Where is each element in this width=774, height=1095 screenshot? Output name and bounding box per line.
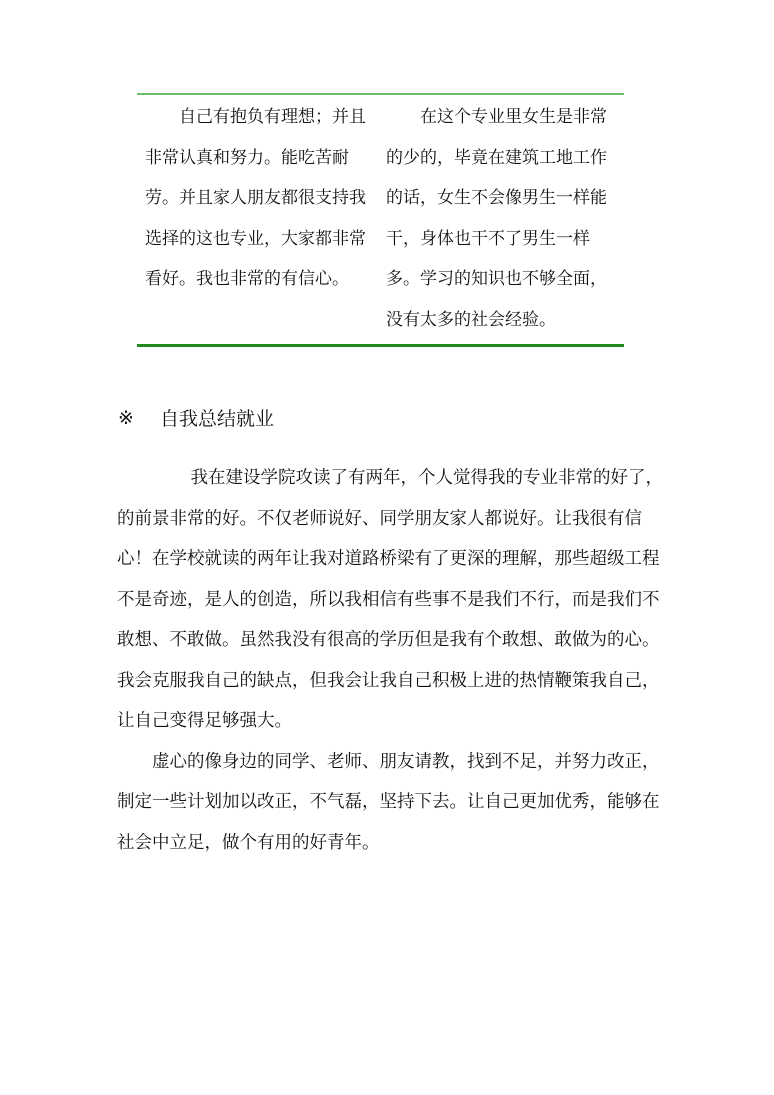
section-heading: ※ 自我总结就业 (118, 404, 274, 431)
strengths-text: 自己有抱负有理想；并且非常认真和努力。能吃苦耐劳。并且家人朋友都很支持我选择的这… (145, 97, 374, 300)
section-title: 自我总结就业 (160, 404, 274, 431)
section-body: 我在建设学院攻读了有两年，个人觉得我的专业非常的好了，的前景非常的好。不仅老师说… (117, 458, 672, 863)
comparison-table: 自己有抱负有理想；并且非常认真和努力。能吃苦耐劳。并且家人朋友都很支持我选择的这… (137, 93, 624, 347)
weaknesses-text: 在这个专业里女生是非常的少的，毕竟在建筑工地工作的话，女生不会像男生一样能干，身… (386, 97, 619, 340)
table-bottom-rule (137, 344, 624, 347)
table-cell-weaknesses: 在这个专业里女生是非常的少的，毕竟在建筑工地工作的话，女生不会像男生一样能干，身… (380, 95, 623, 344)
paragraph: 虚心的像身边的同学、老师、朋友请教，找到不足，并努力改正，制定一些计划加以改正，… (117, 742, 672, 864)
table-row: 自己有抱负有理想；并且非常认真和努力。能吃苦耐劳。并且家人朋友都很支持我选择的这… (137, 95, 624, 344)
table-cell-strengths: 自己有抱负有理想；并且非常认真和努力。能吃苦耐劳。并且家人朋友都很支持我选择的这… (137, 95, 380, 344)
reference-mark-icon: ※ (118, 407, 160, 429)
paragraph: 我在建设学院攻读了有两年，个人觉得我的专业非常的好了，的前景非常的好。不仅老师说… (117, 458, 672, 742)
